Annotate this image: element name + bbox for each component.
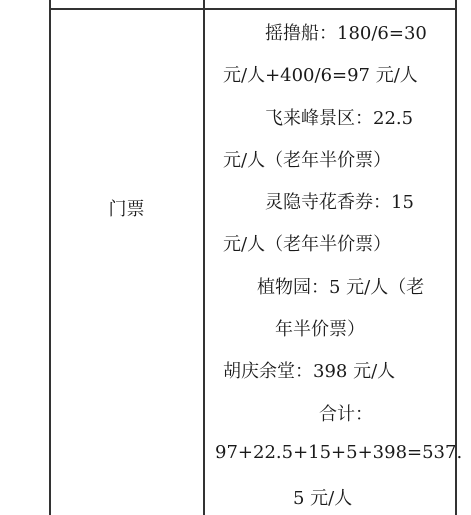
table-border-right [455, 0, 457, 515]
content-line: 摇撸船：180/6=30 [265, 19, 427, 45]
table-cell-label: 门票 [50, 9, 203, 515]
content-line: 5 元/人 [293, 484, 352, 510]
table-cell-content: 摇撸船：180/6=30 元/人+400/6=97 元/人 飞来峰景区：22.5… [205, 9, 455, 515]
content-line: 元/人+400/6=97 元/人 [223, 61, 418, 87]
content-line: 合计： [319, 400, 373, 426]
content-line: 胡庆余堂：398 元/人 [223, 357, 395, 383]
content-line: 元/人（老年半价票） [223, 230, 391, 256]
content-line: 飞来峰景区：22.5 [265, 104, 413, 130]
content-line: 植物园：5 元/人（老 [257, 273, 424, 299]
content-line: 年半价票） [275, 315, 365, 341]
content-line: 97+22.5+15+5+398=537. [215, 442, 462, 463]
row-label-tickets: 门票 [50, 195, 203, 221]
content-line: 灵隐寺花香券：15 [265, 188, 414, 214]
content-line: 元/人（老年半价票） [223, 146, 391, 172]
